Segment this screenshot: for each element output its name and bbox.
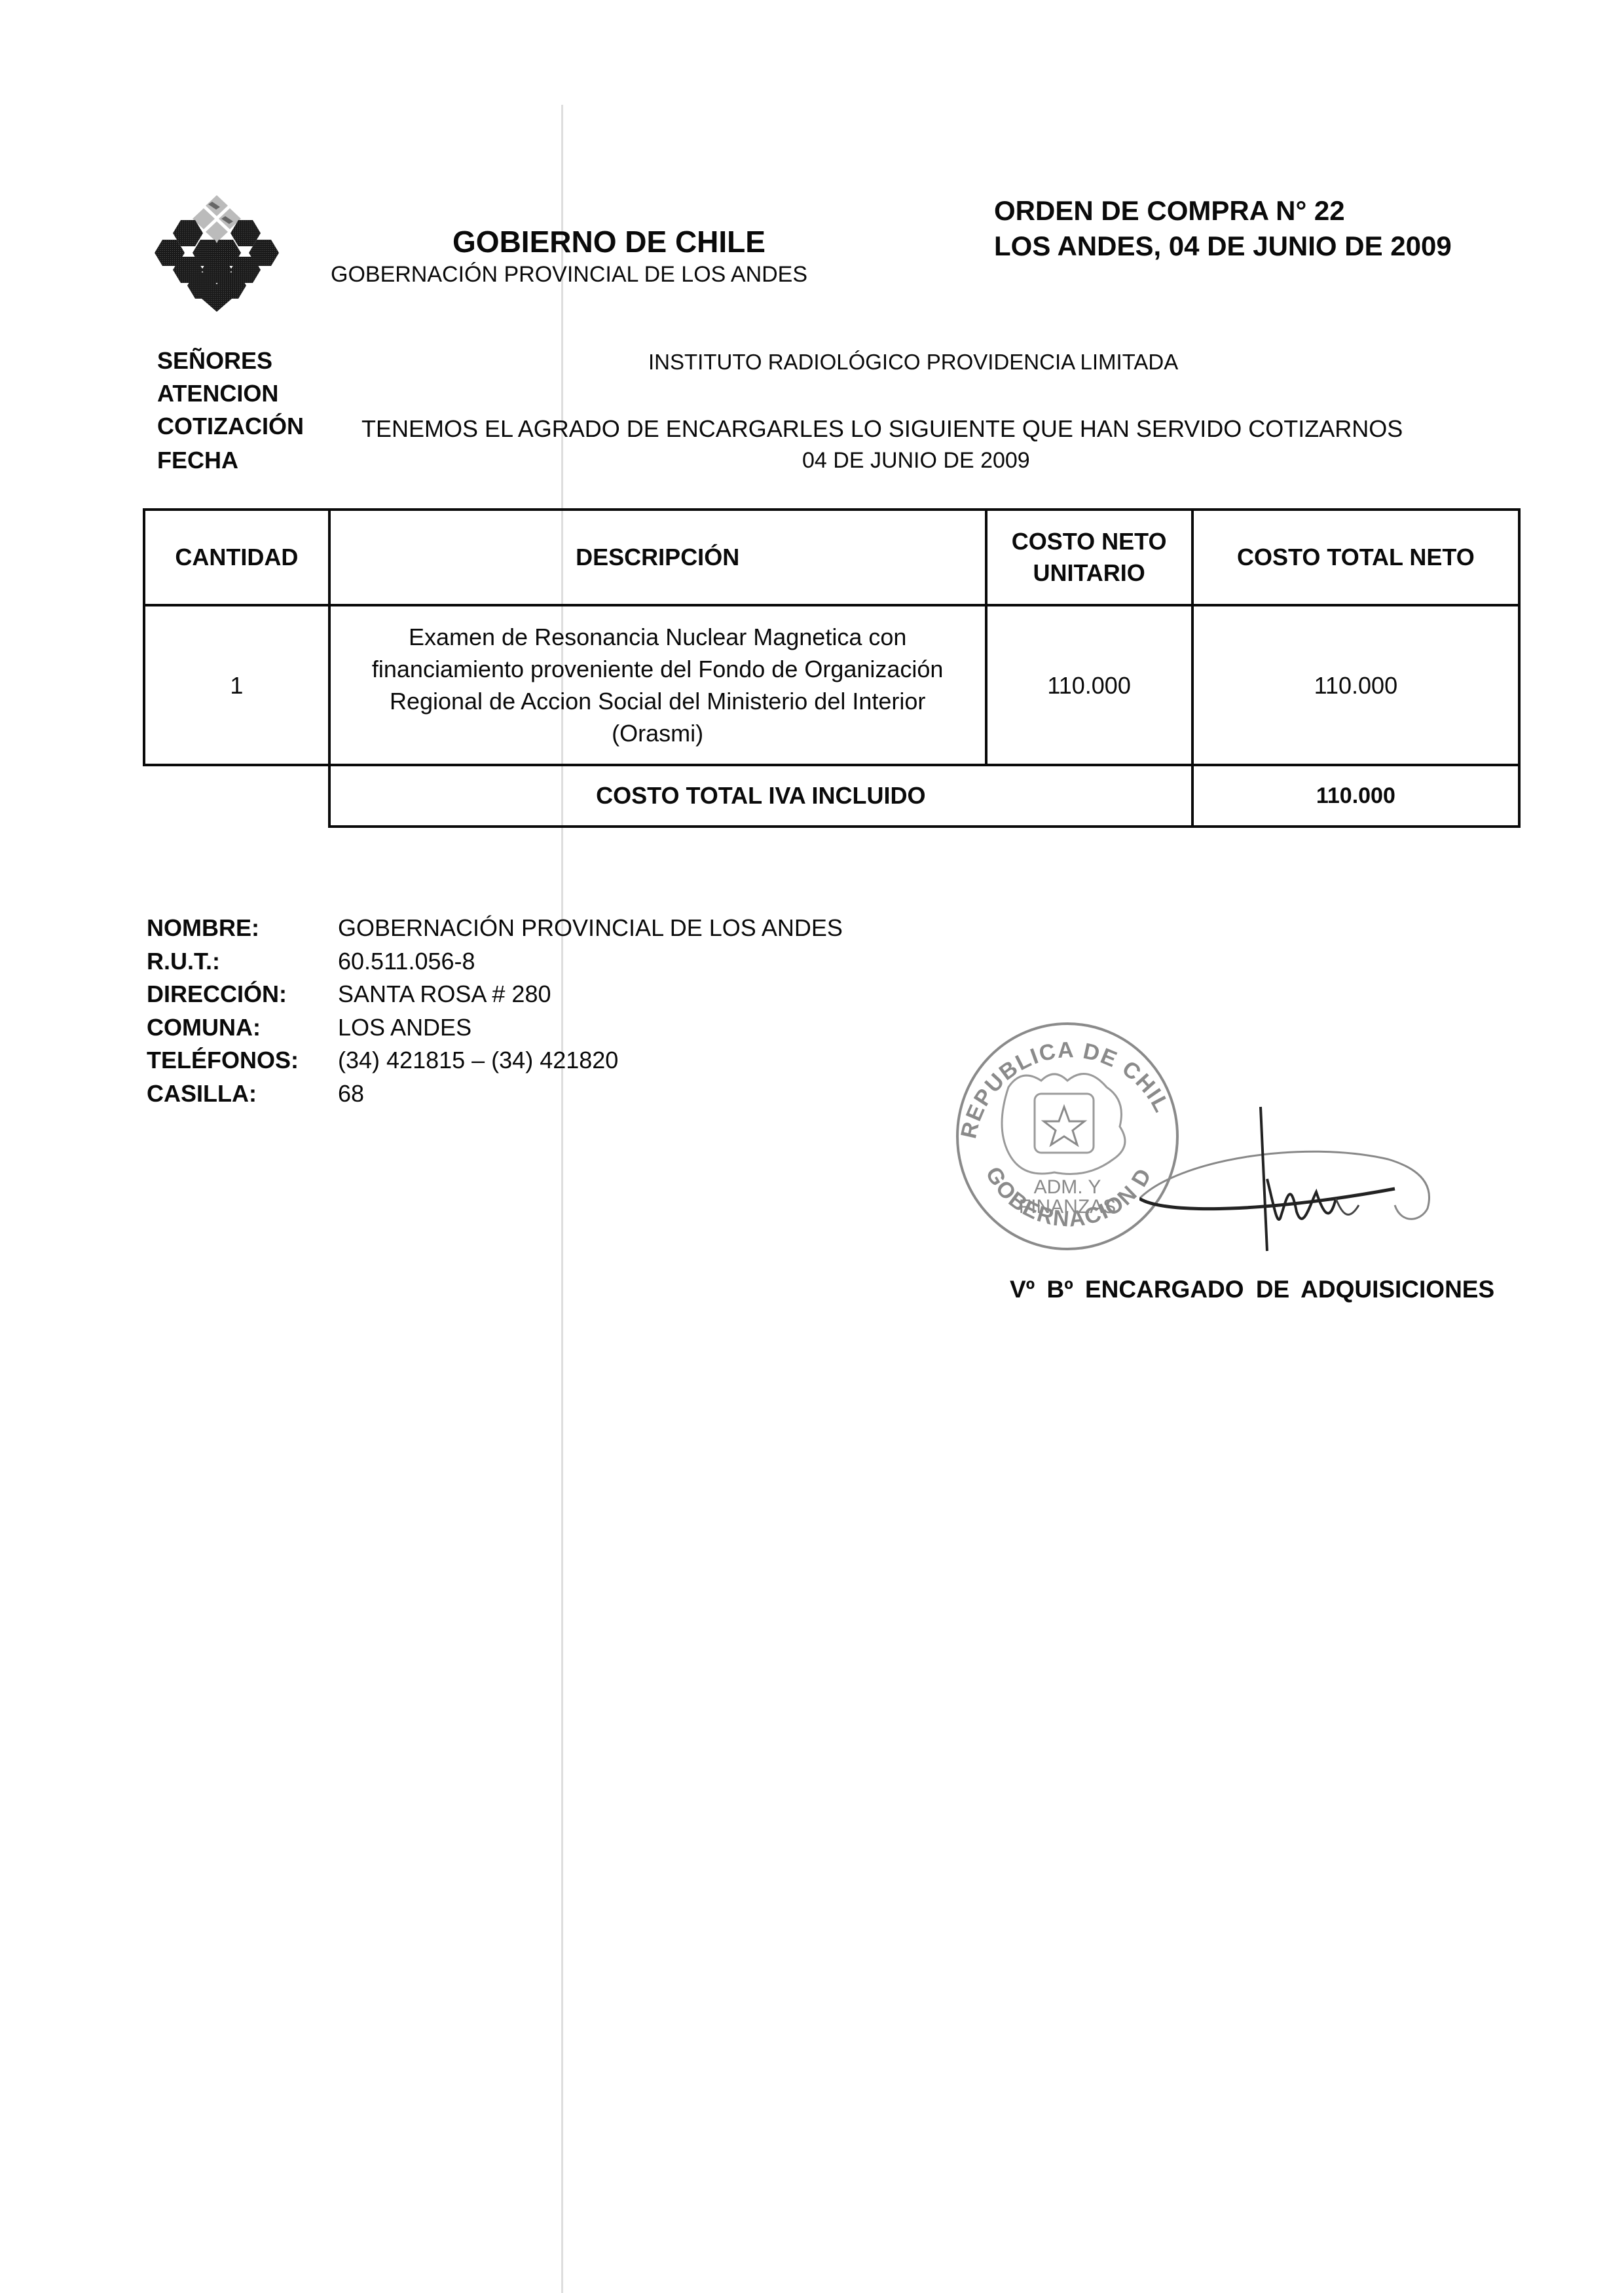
- gobierno-de-chile-logo-icon: [155, 187, 279, 312]
- order-number: ORDEN DE COMPRA N° 22: [994, 195, 1345, 227]
- issuer-nombre-row: NOMBRE: GOBERNACIÓN PROVINCIAL DE LOS AN…: [147, 912, 843, 945]
- issuer-direccion-label: DIRECCIÓN:: [147, 978, 338, 1011]
- item-descripcion: Examen de Resonancia Nuclear Magnetica c…: [329, 605, 986, 765]
- total-value: 110.000: [1192, 765, 1519, 827]
- header-costo-neto-unitario: COSTO NETO UNITARIO: [986, 510, 1192, 605]
- fecha-label: FECHA: [157, 447, 238, 474]
- seal-center-text: ADM. Y: [1034, 1176, 1101, 1198]
- issuer-casilla-row: CASILLA: 68: [147, 1077, 843, 1111]
- handwritten-signature-icon: [1139, 1100, 1467, 1258]
- order-items-table: CANTIDAD DESCRIPCIÓN COSTO NETO UNITARIO…: [143, 508, 1521, 828]
- fecha-value: 04 DE JUNIO DE 2009: [802, 448, 1030, 474]
- approval-caption: Vº Bº ENCARGADO DE ADQUISICIONES: [1010, 1276, 1494, 1303]
- total-row: COSTO TOTAL IVA INCLUIDO 110.000: [144, 765, 1519, 827]
- total-row-spacer: [144, 765, 329, 827]
- supplier-name: INSTITUTO RADIOLÓGICO PROVIDENCIA LIMITA…: [648, 350, 1178, 375]
- office-subtitle: GOBERNACIÓN PROVINCIAL DE LOS ANDES: [331, 262, 807, 288]
- header-descripcion: DESCRIPCIÓN: [329, 510, 986, 605]
- cotizacion-label: COTIZACIÓN: [157, 413, 304, 440]
- table-header-row: CANTIDAD DESCRIPCIÓN COSTO NETO UNITARIO…: [144, 510, 1519, 605]
- issuer-rut-value: 60.511.056-8: [338, 945, 475, 979]
- header-cantidad: CANTIDAD: [144, 510, 329, 605]
- issuer-rut-label: R.U.T.:: [147, 945, 338, 979]
- issuer-nombre-label: NOMBRE:: [147, 912, 338, 945]
- issuer-telefonos-label: TELÉFONOS:: [147, 1044, 338, 1077]
- issuer-comuna-label: COMUNA:: [147, 1011, 338, 1045]
- issuer-info: NOMBRE: GOBERNACIÓN PROVINCIAL DE LOS AN…: [147, 912, 843, 1110]
- issuer-comuna-value: LOS ANDES: [338, 1011, 471, 1045]
- item-costo-total-neto: 110.000: [1192, 605, 1519, 765]
- issuer-direccion-value: SANTA ROSA # 280: [338, 978, 551, 1011]
- issuer-rut-row: R.U.T.: 60.511.056-8: [147, 945, 843, 979]
- order-place-date: LOS ANDES, 04 DE JUNIO DE 2009: [994, 231, 1452, 262]
- atencion-label: ATENCION: [157, 380, 278, 407]
- header-costo-total-neto: COSTO TOTAL NETO: [1192, 510, 1519, 605]
- item-descripcion-text: Examen de Resonancia Nuclear Magnetica c…: [363, 621, 952, 749]
- issuer-nombre-value: GOBERNACIÓN PROVINCIAL DE LOS ANDES: [338, 912, 843, 945]
- item-costo-neto-unitario: 110.000: [986, 605, 1192, 765]
- senores-label: SEÑORES: [157, 347, 272, 375]
- item-cantidad: 1: [144, 605, 329, 765]
- cotizacion-text: TENEMOS EL AGRADO DE ENCARGARLES LO SIGU…: [361, 415, 1403, 443]
- government-title: GOBIERNO DE CHILE: [419, 224, 799, 259]
- issuer-casilla-label: CASILLA:: [147, 1077, 338, 1111]
- issuer-telefonos-value: (34) 421815 – (34) 421820: [338, 1044, 618, 1077]
- header-costo-neto-unitario-text: COSTO NETO UNITARIO: [1007, 526, 1171, 589]
- issuer-direccion-row: DIRECCIÓN: SANTA ROSA # 280: [147, 978, 843, 1011]
- total-label: COSTO TOTAL IVA INCLUIDO: [329, 765, 1192, 827]
- issuer-casilla-value: 68: [338, 1077, 364, 1111]
- issuer-telefonos-row: TELÉFONOS: (34) 421815 – (34) 421820: [147, 1044, 843, 1077]
- issuer-comuna-row: COMUNA: LOS ANDES: [147, 1011, 843, 1045]
- table-row: 1 Examen de Resonancia Nuclear Magnetica…: [144, 605, 1519, 765]
- seal-center-text-2: FINANZAS: [1019, 1196, 1116, 1218]
